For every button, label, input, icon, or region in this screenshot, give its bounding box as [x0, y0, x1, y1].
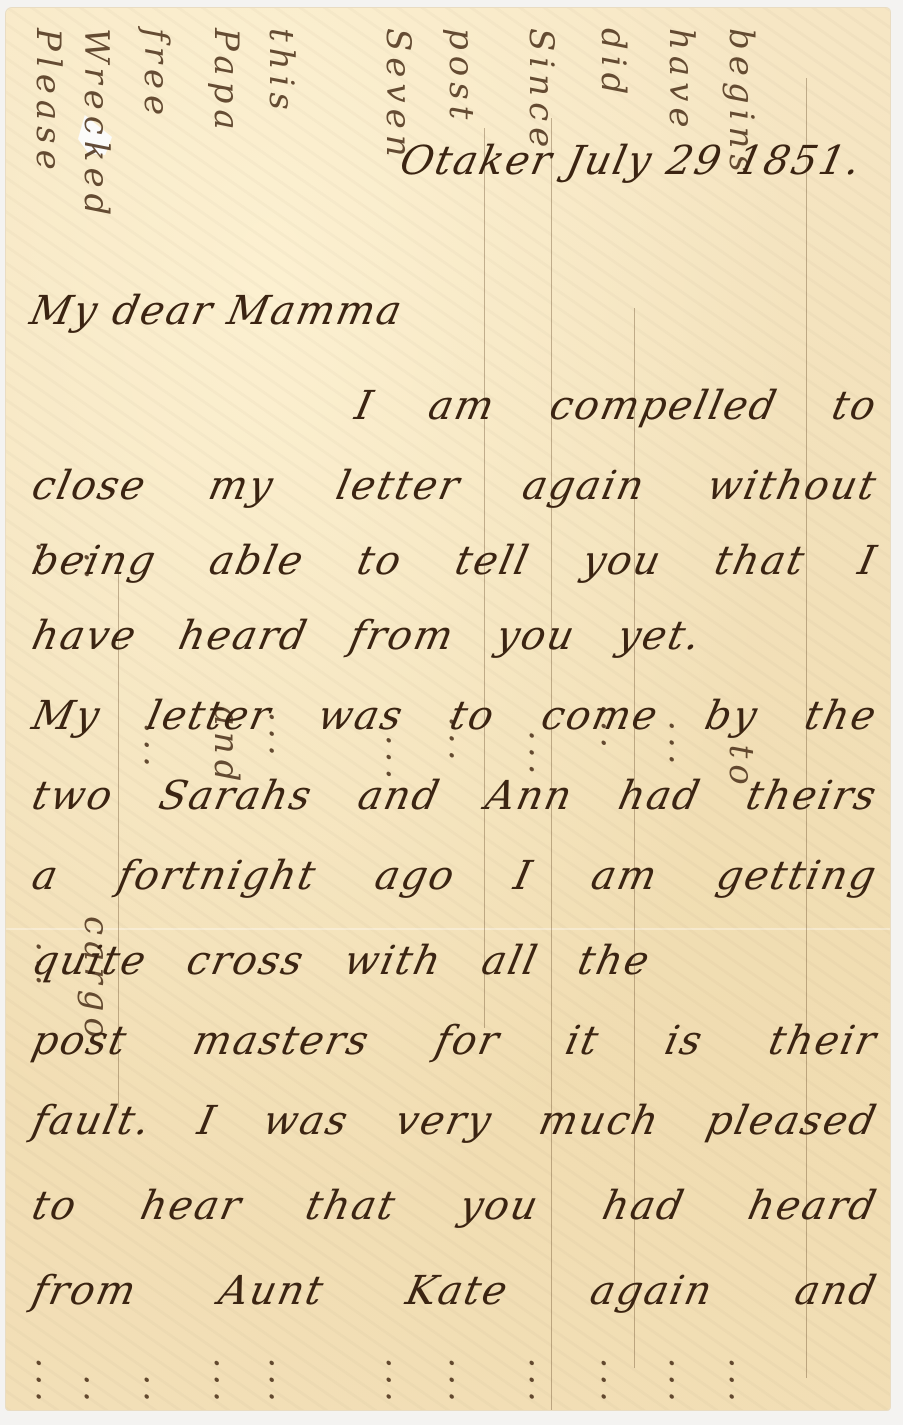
word: their — [765, 1018, 882, 1064]
cross-word: this — [261, 28, 301, 116]
cross-word: ... — [261, 1358, 301, 1408]
word: compelled — [546, 383, 782, 429]
word: and — [791, 1268, 882, 1314]
word: yet. — [613, 613, 706, 659]
word: you — [492, 613, 580, 659]
letter-line: My letter was to come by the — [28, 693, 882, 739]
word: that — [711, 538, 811, 584]
word: the — [800, 693, 881, 739]
word: to — [28, 1183, 82, 1229]
word: to — [446, 693, 500, 739]
word: fault. — [28, 1098, 156, 1144]
word: from — [345, 613, 459, 659]
word: two — [28, 773, 118, 819]
cross-word: Papa — [206, 28, 246, 136]
word: that — [301, 1183, 401, 1229]
cross-word: Wrecked — [76, 28, 116, 221]
word: close — [28, 463, 151, 509]
word: Sarahs — [155, 773, 317, 819]
word: with — [340, 938, 447, 984]
word: it — [561, 1018, 604, 1064]
cross-word: .. — [136, 1374, 176, 1408]
word: getting — [712, 853, 881, 899]
word: letter — [143, 693, 276, 739]
cross-word: ... — [593, 1358, 633, 1408]
word: masters — [189, 1018, 374, 1064]
word: theirs — [742, 773, 882, 819]
word: and — [354, 773, 445, 819]
word: I — [351, 383, 379, 429]
word: I — [854, 538, 882, 584]
letter-page: Please .. ... ... Wrecked .. cargo .. fr… — [6, 8, 890, 1410]
letter-line: a fortnight ago I am getting — [28, 853, 882, 899]
cross-word: ... — [521, 1358, 561, 1408]
cross-word: ... — [441, 1358, 481, 1408]
word: post — [28, 1018, 132, 1064]
word: being — [28, 538, 161, 584]
word: heard — [744, 1183, 882, 1229]
cross-word: ... — [378, 1358, 418, 1408]
word: hear — [137, 1183, 247, 1229]
letter-line: two Sarahs and Ann had theirs — [28, 773, 882, 819]
word: Kate — [402, 1268, 513, 1314]
cross-word: ... — [206, 1358, 246, 1408]
letter-line: have heard from you yet. — [28, 613, 882, 659]
word: My — [28, 693, 105, 739]
letter-line: post masters for it is their — [28, 1018, 882, 1064]
word: come — [537, 693, 663, 739]
word: much — [535, 1098, 665, 1144]
word: able — [205, 538, 309, 584]
word: fortnight — [113, 853, 321, 899]
word: for — [431, 1018, 505, 1064]
word: again — [586, 1268, 718, 1314]
word: had — [614, 773, 705, 819]
cross-word: ... — [661, 1358, 701, 1408]
letter-line: to hear that you had heard — [28, 1183, 882, 1229]
word: again — [518, 463, 650, 509]
word: I — [194, 1098, 222, 1144]
word: all — [478, 938, 543, 984]
word: you — [456, 1183, 544, 1229]
letter-line: from Aunt Kate again and — [28, 1268, 882, 1314]
word: to — [828, 383, 882, 429]
letter-line: close my letter again without — [28, 463, 882, 509]
word: letter — [332, 463, 465, 509]
word: is — [661, 1018, 708, 1064]
word: I — [510, 853, 538, 899]
letter-line: I am compelled to — [351, 383, 882, 429]
letter-line: being able to tell you that I — [28, 538, 882, 584]
cross-word: have — [661, 28, 701, 134]
letter-salutation: My dear Mamma — [26, 288, 882, 334]
word: you — [578, 538, 666, 584]
word: ago — [371, 853, 460, 899]
word: had — [598, 1183, 689, 1229]
word: tell — [451, 538, 534, 584]
word: cross — [183, 938, 309, 984]
word: am — [587, 853, 663, 899]
cross-word: post — [441, 28, 481, 125]
word: the — [574, 938, 655, 984]
word: to — [353, 538, 407, 584]
word: pleased — [702, 1098, 882, 1144]
cross-word: free — [136, 28, 176, 121]
word: was — [259, 1098, 353, 1144]
cross-word: ... — [28, 1358, 68, 1408]
word: very — [391, 1098, 497, 1144]
cross-word: .. — [76, 1374, 116, 1408]
word: have — [28, 613, 142, 659]
letter-line: fault. I was very much pleased — [28, 1098, 882, 1144]
word: my — [204, 463, 278, 509]
word: by — [701, 693, 763, 739]
word: Aunt — [215, 1268, 329, 1314]
word: without — [703, 463, 882, 509]
letter-line: quite cross with all the — [28, 938, 882, 984]
cross-word: ... — [721, 1358, 761, 1408]
word: heard — [175, 613, 313, 659]
word: quite — [28, 938, 152, 984]
cross-word: did — [593, 28, 633, 100]
word: was — [314, 693, 408, 739]
word: from — [28, 1268, 142, 1314]
letter-dateline: Otaker July 29 1851. — [396, 138, 882, 184]
word: am — [424, 383, 500, 429]
cross-word: Since — [521, 28, 561, 153]
cross-word: Please — [28, 28, 68, 176]
word: Ann — [482, 773, 578, 819]
